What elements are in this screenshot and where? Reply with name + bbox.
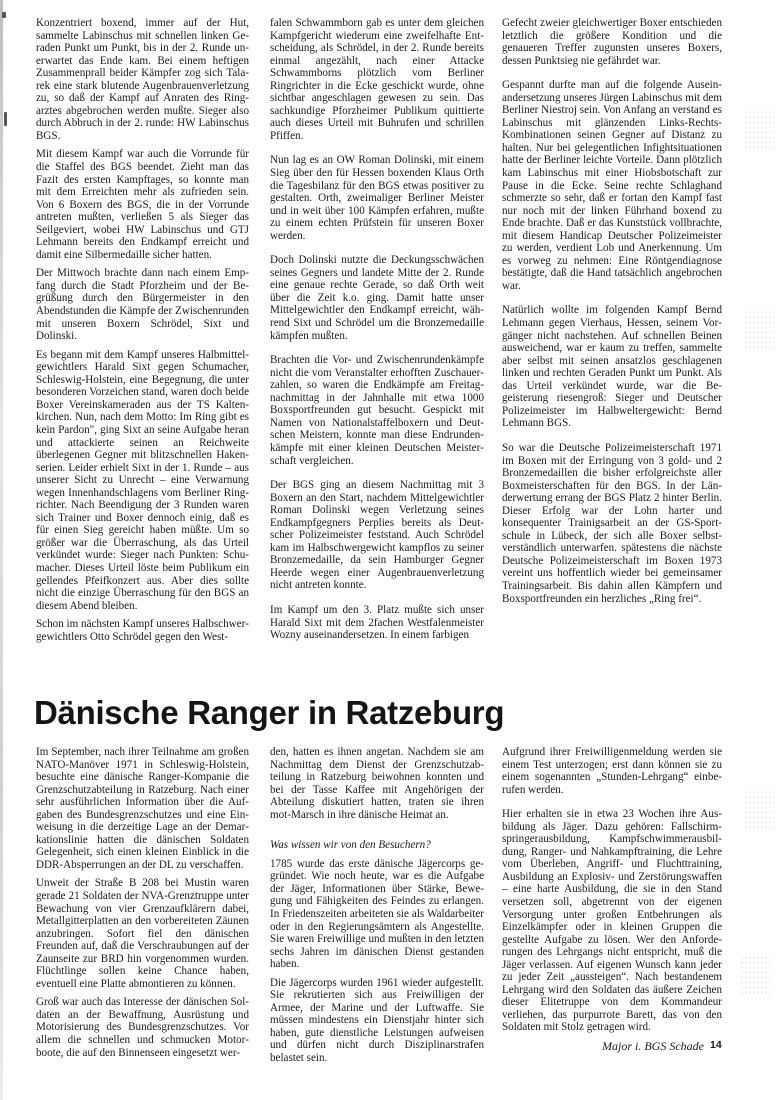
paragraph: Gefecht zweier gleichwertiger Boxer ents… bbox=[502, 17, 722, 67]
paragraph: Nun lag es an OW Roman Dolinski, mit ein… bbox=[270, 154, 484, 242]
paragraph: Hier erhalten sie in etwa 23 Wochen ihre… bbox=[502, 808, 722, 1034]
paragraph: Es begann mit dem Kampf unseres Halbmitt… bbox=[36, 349, 249, 612]
paragraph: Natürlich wollte im folgenden Kampf Bern… bbox=[502, 304, 722, 429]
paragraph: falen Schwammborn gab es unter dem gleic… bbox=[270, 17, 484, 142]
paragraph: Mit diesem Kampf war auch die Vorrunde f… bbox=[36, 148, 249, 261]
scan-artifact-mark bbox=[2, 12, 6, 18]
paragraph: Unweit der Straße B 208 bei Mustin waren… bbox=[36, 877, 249, 990]
paragraph: Konzentriert boxend, immer auf der Hut, … bbox=[36, 17, 249, 142]
paragraph: Im Kampf um den 3. Platz mußte sich unse… bbox=[270, 604, 484, 642]
paragraph: Aufgrund ihrer Freiwilligenmeldung werde… bbox=[502, 746, 722, 796]
scan-speckle bbox=[744, 110, 774, 150]
upper-article-column-1: Konzentriert boxend, immer auf der Hut, … bbox=[36, 17, 249, 649]
section-subheading: Was wissen wir von den Besuchern? bbox=[270, 839, 484, 852]
paragraph: den, hatten es ihnen angetan. Nachdem si… bbox=[270, 746, 484, 821]
paragraph: Der Mittwoch brachte dann nach einem Emp… bbox=[36, 267, 249, 342]
paragraph: Der BGS ging an diesem Nachmittag mit 3 … bbox=[270, 479, 484, 592]
lower-article-column-1: Im September, nach ihrer Teilnahme am gr… bbox=[36, 746, 249, 1065]
paragraph: Im September, nach ihrer Teilnahme am gr… bbox=[36, 746, 249, 871]
author-signature: Major i. BGS Schade bbox=[602, 1039, 704, 1054]
upper-article-column-3: Gefecht zweier gleichwertiger Boxer ents… bbox=[502, 17, 722, 611]
scan-artifact-mark bbox=[4, 112, 7, 126]
scan-speckle bbox=[744, 310, 774, 350]
paragraph: 1785 wurde das erste dänische Jägercorps… bbox=[270, 858, 484, 971]
paragraph: Die Jägercorps wurden 1961 wieder aufges… bbox=[270, 977, 484, 1065]
paragraph: Groß war auch das Interesse der dänische… bbox=[36, 996, 249, 1059]
paragraph: Brachten die Vor- und Zwischenrundenkämp… bbox=[270, 354, 484, 467]
scan-speckle bbox=[740, 955, 770, 995]
upper-article-column-2: falen Schwammborn gab es unter dem gleic… bbox=[270, 17, 484, 648]
paragraph: Schon im nächsten Kampf unseres Halbschw… bbox=[36, 618, 249, 643]
article-headline: Dänische Ranger in Ratzeburg bbox=[34, 694, 504, 732]
scan-edge-shadow bbox=[0, 0, 3, 1100]
paragraph: Doch Dolinski nutzte die Deckungsschwäch… bbox=[270, 254, 484, 342]
lower-article-column-2: den, hatten es ihnen angetan. Nachdem si… bbox=[270, 746, 484, 1071]
lower-article-column-3: Aufgrund ihrer Freiwilligenmeldung werde… bbox=[502, 746, 722, 1040]
scan-speckle bbox=[744, 790, 774, 830]
paragraph: So war die Deutsche Polizeimeisterschaft… bbox=[502, 442, 722, 605]
page-number: 14 bbox=[710, 1039, 722, 1051]
paragraph: Gespannt durfte man auf die folgende Aus… bbox=[502, 79, 722, 292]
